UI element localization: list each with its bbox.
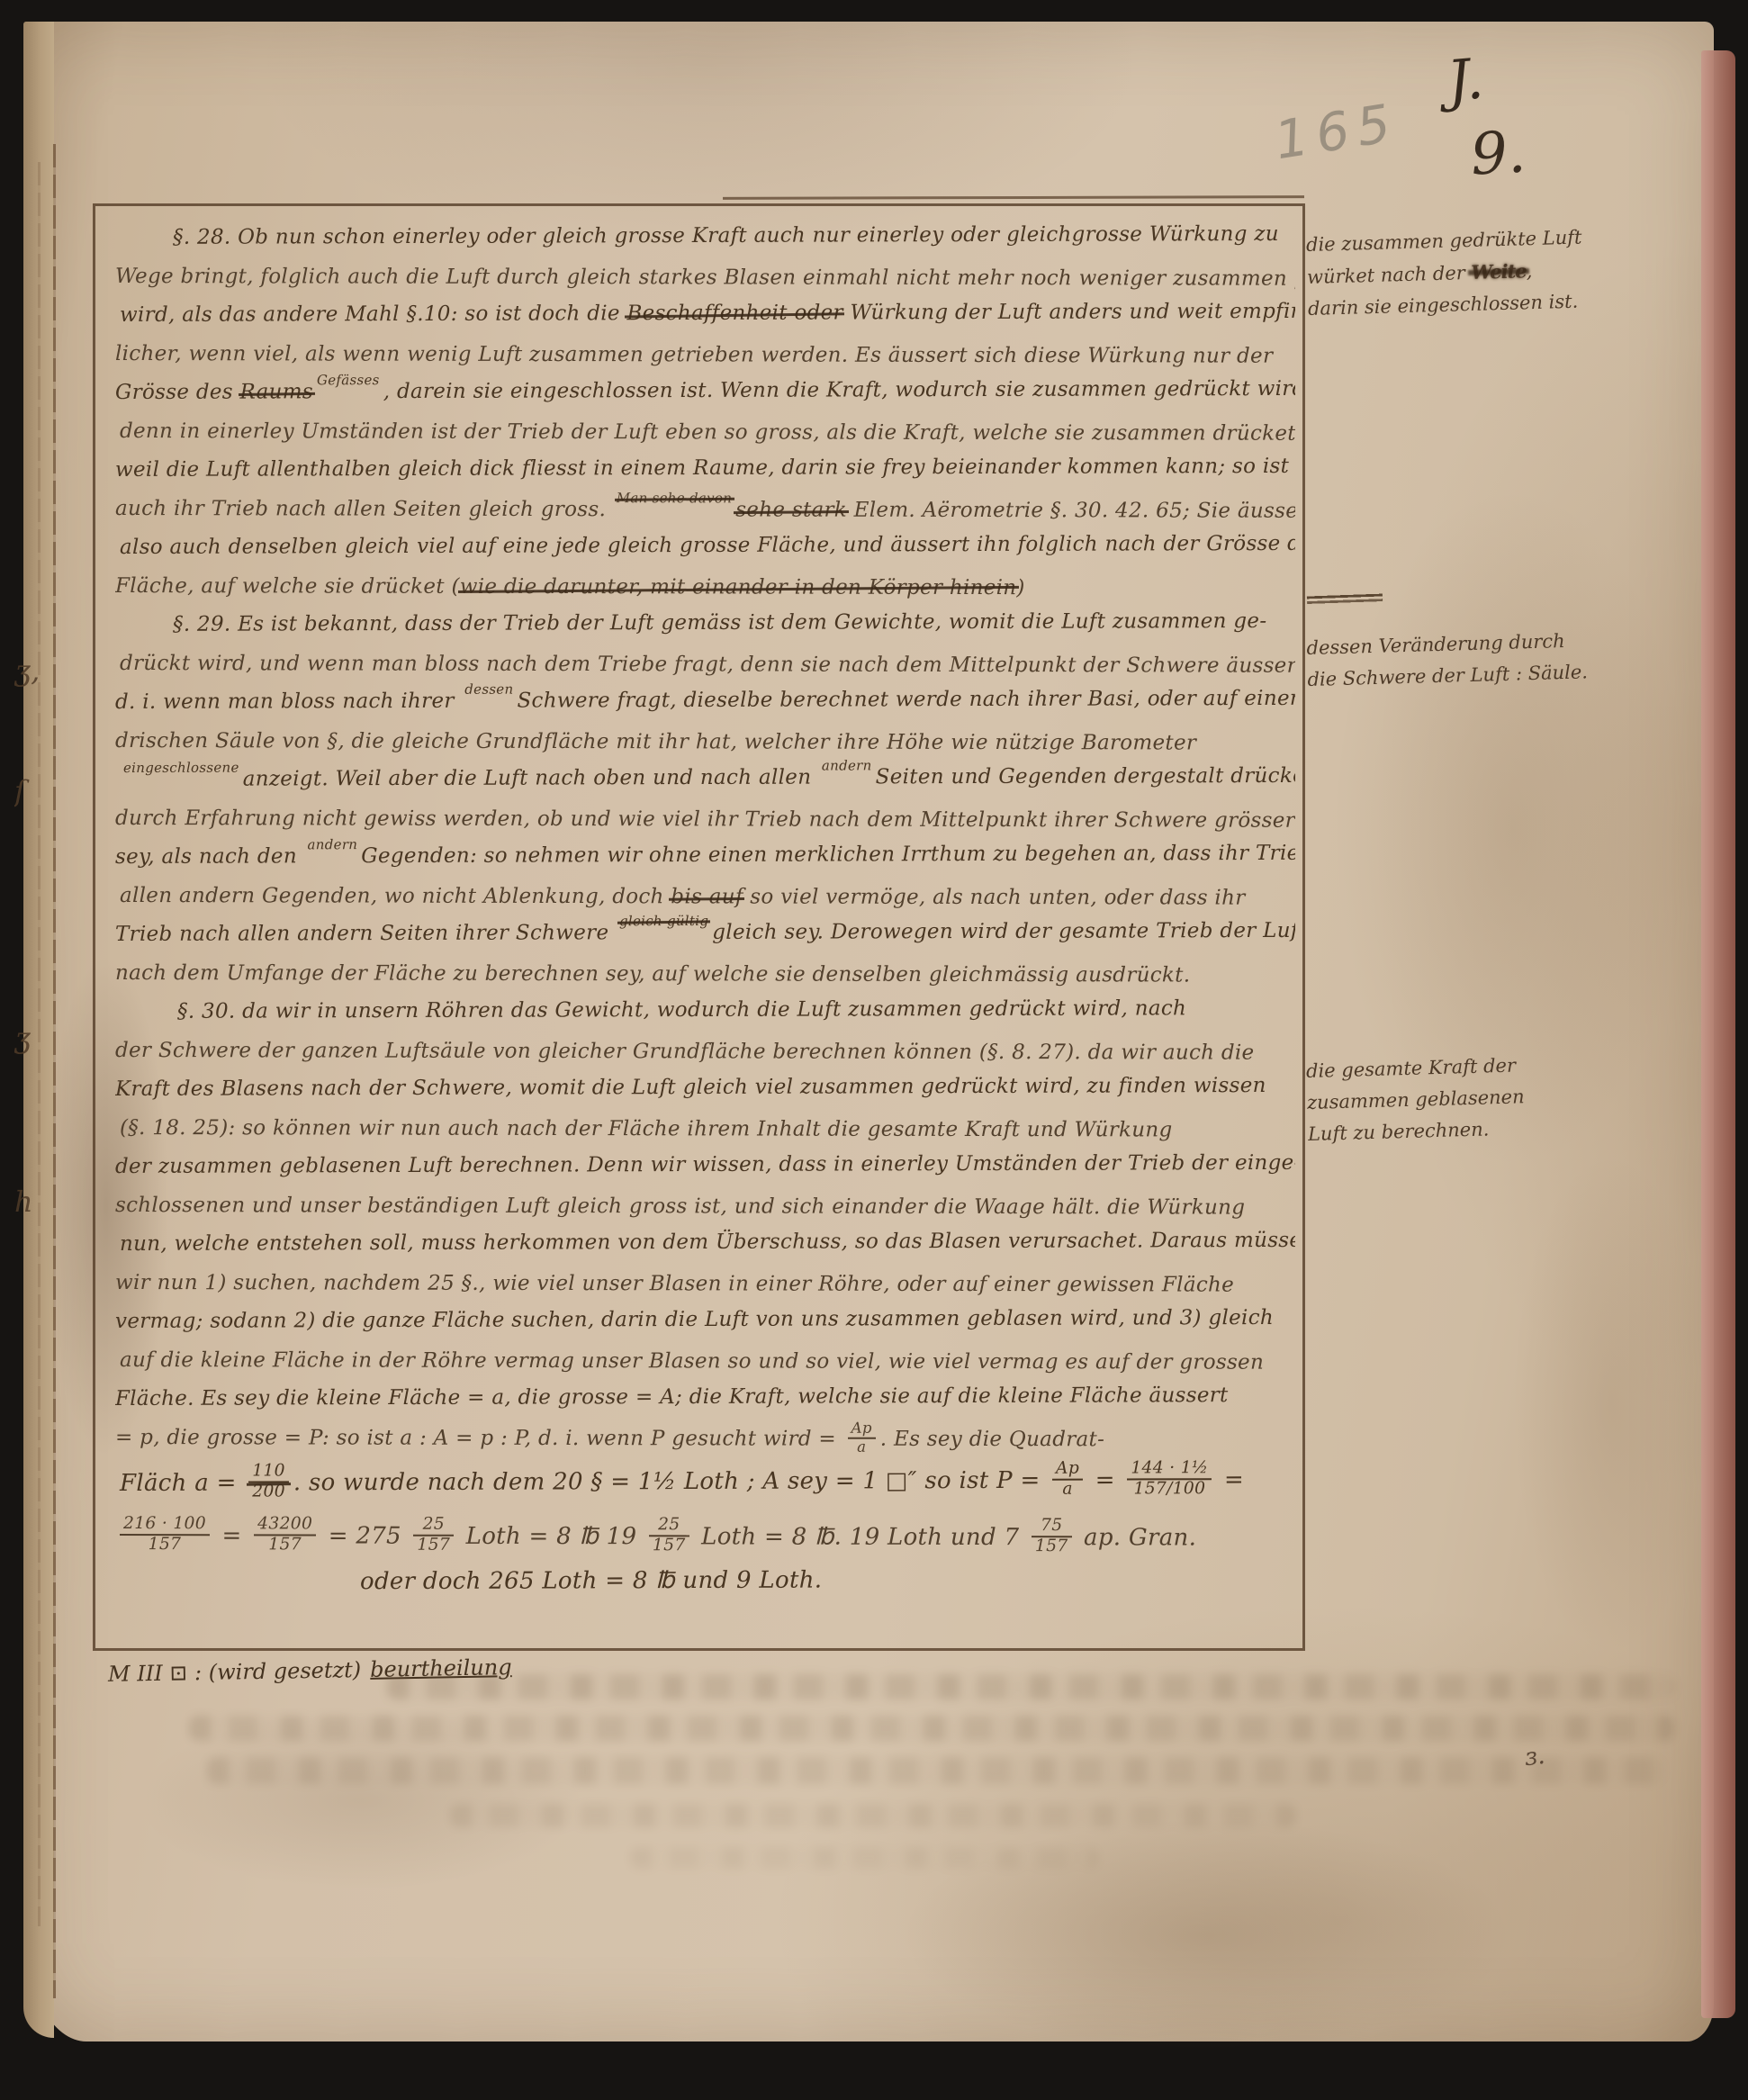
handwriting-segment: oder doch 265 Loth = 8 ℔ und 9 Loth. <box>360 1567 822 1596</box>
ink-gathering-letter: J. <box>1445 45 1486 113</box>
handwriting-segment: Seiten und Gegenden dergestalt drücket, … <box>876 764 1295 789</box>
handwriting-segment: sehe stark <box>735 498 847 521</box>
bleed-through-text <box>207 1757 1665 1784</box>
handwriting-segment: gleich sey. Derowegen wird der gesamte T… <box>712 919 1295 944</box>
handwriting-segment: ap. Gran. <box>1076 1524 1196 1551</box>
handwriting-segment: sey, als nach den <box>115 844 304 869</box>
handwriting-segment: §. 30. da wir in unsern Röhren das Gewic… <box>177 996 1186 1023</box>
handwriting-segment: nun, welche entstehen soll, muss herkomm… <box>120 1229 1295 1256</box>
handwriting-segment: Gegenden: so nehmen wir ohne einen merkl… <box>361 842 1295 869</box>
handwriting-segment: §. 28. Ob nun schon einerley oder gleich… <box>173 222 1279 249</box>
handwriting-segment: Kraft des Blasens nach der Schwere, womi… <box>115 1074 1266 1101</box>
gutter-crease-line <box>53 144 56 1998</box>
manuscript-line: also auch denselben gleich viel auf eine… <box>120 525 1295 567</box>
handwriting-segment: Grösse des <box>115 381 240 404</box>
stray-ink-mark: ɜ. <box>1523 1742 1545 1771</box>
handwriting-segment: Beschaffenheit oder <box>626 301 842 325</box>
handwriting-segment: schlossenen und unser beständigen Luft g… <box>115 1194 1245 1220</box>
handwriting-segment: . so wurde nach dem 20 § = 1½ Loth ; A s… <box>293 1467 1048 1497</box>
handwriting-segment: durch Erfahrung nicht gewiss werden, ob … <box>115 807 1295 833</box>
formula-fraction: 75157 <box>1032 1517 1072 1556</box>
handwriting-segment: Würkung der Luft anders und weit empfind… <box>843 300 1295 325</box>
formula-fraction: 43200157 <box>254 1515 316 1555</box>
manuscript-line: weil die Luft allenthalben gleich dick f… <box>115 447 1295 490</box>
handwriting-segment: drischen Säule von §, die gleiche Grundf… <box>115 729 1196 755</box>
formula-fraction: 110200 <box>248 1462 289 1501</box>
handwriting-segment: Schwere fragt, dieselbe berechnet werde … <box>517 687 1295 713</box>
handwriting-segment: der zusammen geblasenen Luft berechnen. … <box>115 1151 1295 1178</box>
facing-page-ink-fragment: h <box>14 1185 41 1219</box>
margin-note: die gesamte Kraft derzusammen geblasenen… <box>1306 1047 1633 1150</box>
handwriting-segment: denn in einerley Umständen ist der Trieb… <box>120 419 1295 446</box>
manuscript-line: sey, als nach den andernGegenden: so neh… <box>115 834 1295 877</box>
photo-background: ʒ, ſ ʒ h 165 J. 9. §. 28. Ob nun schon e… <box>0 0 1748 2100</box>
handwriting-segment: dessen Veränderung durch <box>1306 630 1565 659</box>
handwriting-segment: vermag; sodann 2) die ganze Fläche suche… <box>115 1306 1274 1333</box>
handwriting-segment: d. i. wenn man bloss nach ihrer <box>115 689 461 714</box>
margin-note: dessen Veränderung durchdie Schwere der … <box>1306 624 1632 696</box>
manuscript-lines: §. 28. Ob nun schon einerley oder gleich… <box>115 219 1295 1643</box>
manuscript-line: der zusammen geblasenen Luft berechnen. … <box>115 1144 1295 1186</box>
handwriting-segment: bis auf <box>671 885 743 908</box>
handwriting-segment: wir nun 1) suchen, nachdem 25 §., wie vi… <box>115 1271 1234 1297</box>
handwriting-segment: Fläche, auf welche sie drücket ( <box>115 574 460 599</box>
bleed-through-text <box>189 1716 1674 1741</box>
handwriting-segment: so viel vermöge, als nach unten, oder da… <box>743 885 1246 909</box>
handwriting-segment: Elem. Aërometrie §. 30. 42. 65; Sie äuss… <box>847 499 1295 523</box>
formula-fraction: 25157 <box>649 1516 689 1555</box>
manuscript-line: oder doch 265 Loth = 8 ℔ und 9 Loth. <box>115 1558 1295 1603</box>
manuscript-line: 216 · 100157 = 43200157 = 275 25157 Loth… <box>115 1510 1295 1564</box>
handwriting-segment: Loth = 8 ℔ 19 <box>458 1523 644 1550</box>
formula-fraction: 144 · 1½157/100 <box>1127 1459 1212 1499</box>
facing-page-ink-fragment: ſ <box>14 774 41 808</box>
handwriting-segment: anzeigt. Weil aber die Luft nach oben un… <box>243 766 818 791</box>
handwriting-segment: wird, als das andere Mahl §.10: so ist d… <box>120 302 627 327</box>
handwriting-segment: Raums <box>239 380 313 403</box>
handwriting-segment: Wege bringt, folglich auch die Luft durc… <box>115 265 1295 291</box>
formula-fraction: Apa <box>1052 1460 1083 1500</box>
handwriting-segment: der Schwere der ganzen Luftsäule von gle… <box>115 1039 1255 1065</box>
bleed-through-text <box>387 1674 1674 1699</box>
handwriting-segment: = p, die grosse = P: so ist a : A = p : … <box>115 1426 843 1451</box>
red-fore-edge <box>1701 50 1735 2018</box>
facing-page-ink-fragment: ʒ, <box>14 653 41 688</box>
handwriting-segment: Weite <box>1471 259 1527 284</box>
manuscript-line: vermag; sodann 2) die ganze Fläche suche… <box>115 1299 1295 1341</box>
handwriting-segment: also auch denselben gleich viel auf eine… <box>120 532 1295 559</box>
handwriting-segment: = 275 <box>320 1522 409 1549</box>
manuscript-line: Kraft des Blasens nach der Schwere, womi… <box>115 1067 1295 1109</box>
handwriting-segment: allen andern Gegenden, wo nicht Ablenkun… <box>120 884 671 908</box>
handwriting-segment: , darein sie eingeschlossen ist. Wenn di… <box>383 376 1295 403</box>
handwriting-segment: weil die Luft allenthalben gleich dick f… <box>115 455 1289 482</box>
margin-note: die zusammen gedrükte Luftwürket nach de… <box>1306 221 1633 325</box>
handwriting-segment: auch ihr Trieb nach allen Seiten gleich … <box>115 497 613 521</box>
handwriting-segment: = <box>214 1522 249 1549</box>
manuscript-line: Grösse des RaumsGefässes, darein sie ein… <box>115 370 1295 412</box>
handwriting-segment: Fläch a = <box>120 1470 244 1497</box>
bleed-through-text <box>450 1804 1296 1827</box>
manuscript-line: §. 28. Ob nun schon einerley oder gleich… <box>115 219 1295 257</box>
formula-fraction: Apa <box>848 1420 876 1456</box>
ink-page-number: 9. <box>1469 119 1527 188</box>
handwriting-segment: auf die kleine Fläche in der Röhre verma… <box>120 1348 1264 1374</box>
handwriting-segment: Trieb nach allen andern Seiten ihrer Sch… <box>115 921 616 946</box>
handwriting-segment: würket nach der <box>1307 262 1472 288</box>
note-siglum: M III ⊡ : (wird gesetzt) <box>108 1657 362 1687</box>
manuscript-line: §. 29. Es ist bekannt, dass der Trieb de… <box>115 602 1295 644</box>
manuscript-line: d. i. wenn man bloss nach ihrer dessenSc… <box>115 680 1295 722</box>
handwriting-segment: zusammen geblasenen <box>1307 1086 1525 1113</box>
handwriting-segment: Loth = 8 ℔. 19 Loth und 7 <box>694 1523 1027 1551</box>
manuscript-line: Trieb nach allen andern Seiten ihrer Sch… <box>115 912 1295 954</box>
handwriting-segment: Luft zu berechnen. <box>1308 1118 1490 1145</box>
handwriting-segment: . Es sey die Quadrat- <box>880 1428 1104 1452</box>
handwriting-segment: (§. 18. 25): so können wir nun auch nach… <box>120 1116 1173 1141</box>
facing-page-ink-fragment: ʒ <box>14 1021 41 1055</box>
handwriting-segment: = <box>1216 1466 1244 1493</box>
formula-fraction: 25157 <box>413 1516 454 1555</box>
bleed-through-text <box>630 1847 1098 1869</box>
handwriting-segment: Fläche. Es sey die kleine Fläche = a, di… <box>115 1383 1229 1411</box>
struck-marginal-word <box>1307 591 1383 607</box>
manuscript-line: eingeschlosseneanzeigt. Weil aber die Lu… <box>120 757 1295 799</box>
manuscript-line: Fläch a = 110200. so wurde nach dem 20 §… <box>120 1454 1295 1510</box>
handwriting-segment: wie die darunter, mit einander in den Kö… <box>460 575 1017 599</box>
handwriting-segment: darin sie eingeschlossen ist. <box>1308 291 1579 320</box>
manuscript-line: wird, als das andere Mahl §.10: so ist d… <box>120 293 1295 335</box>
manuscript-line: §. 30. da wir in unsern Röhren das Gewic… <box>120 989 1295 1032</box>
manuscript-line: Fläche. Es sey die kleine Fläche = a, di… <box>115 1376 1295 1419</box>
formula-fraction: 216 · 100157 <box>120 1515 210 1555</box>
handwriting-segment: drückt wird, und wenn man bloss nach dem… <box>120 652 1295 678</box>
handwriting-segment: §. 29. Es ist bekannt, dass der Trieb de… <box>173 609 1266 636</box>
handwriting-segment: nach dem Umfange der Fläche zu berechnen… <box>115 961 1190 987</box>
manuscript-line: nun, welche entstehen soll, muss herkomm… <box>120 1221 1295 1264</box>
handwriting-segment: = <box>1087 1466 1122 1493</box>
handwriting-segment: die Schwere der Luft : Säule. <box>1307 661 1588 690</box>
handwriting-segment: die zusammen gedrükte Luft <box>1306 226 1582 256</box>
handwriting-segment: licher, wenn viel, als wenn wenig Luft z… <box>115 342 1273 368</box>
handwriting-segment: die gesamte Kraft der <box>1306 1055 1517 1082</box>
text-frame: §. 28. Ob nun schon einerley oder gleich… <box>93 203 1305 1651</box>
